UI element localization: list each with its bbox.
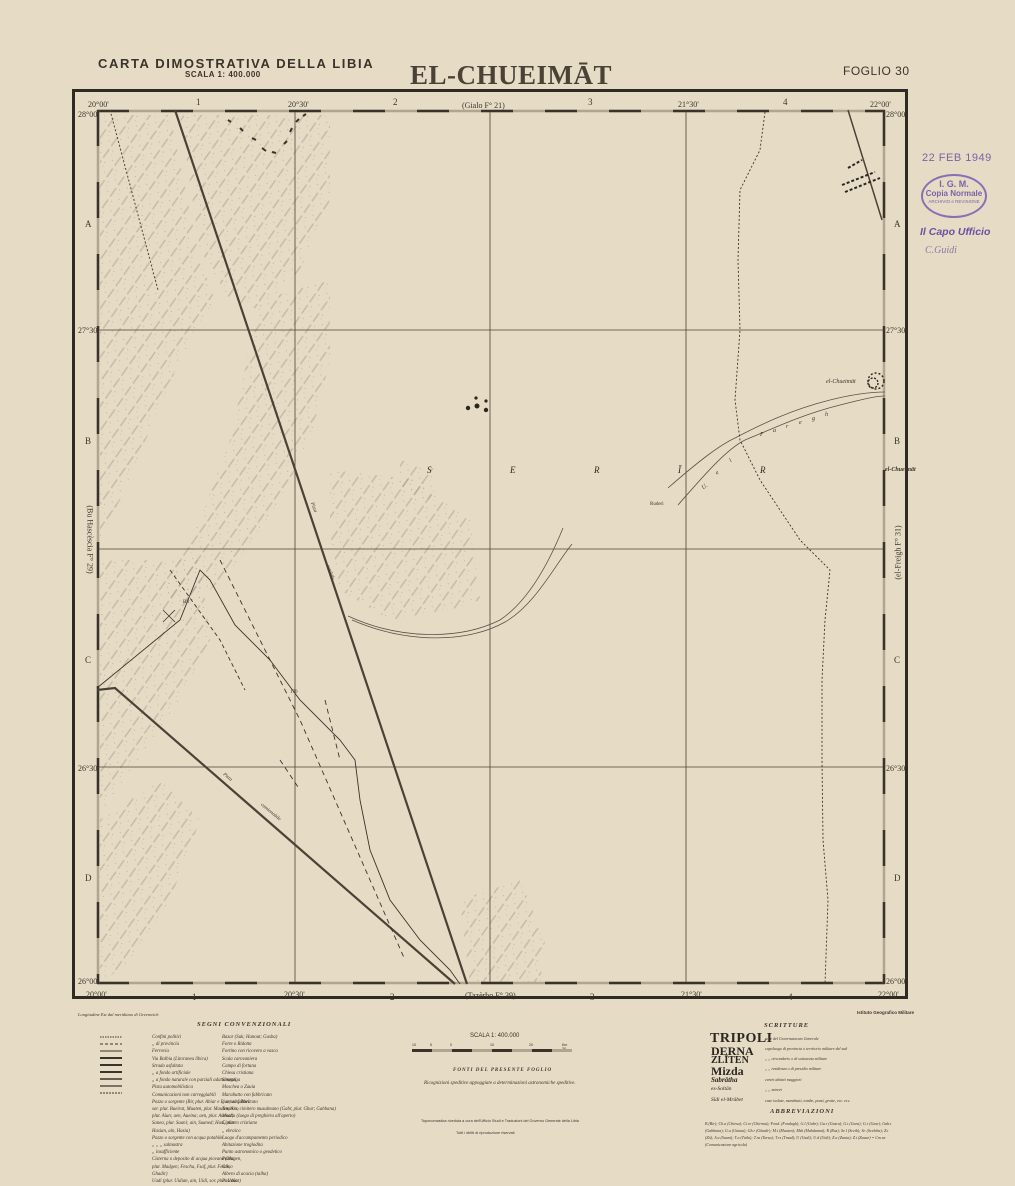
legend-right-column: Bazar (Suk; Hanout; Gasba) Forte o Ridot…: [222, 1034, 336, 1186]
wadi-letter-r: r: [786, 424, 788, 430]
desert-letter-i: Ī: [678, 465, 681, 475]
grid-row-a-left: A: [85, 219, 92, 229]
writing-desc: sede del Governatorato Generale: [765, 1036, 819, 1041]
bottom-tick-20-00: 20°00': [86, 990, 107, 999]
legend-item: Marabutto con fabbricato: [222, 1092, 336, 1099]
legend-item: Msalla (luogo di preghiera all'aperto): [222, 1113, 336, 1120]
oasis-label: el-Chueimāt: [826, 379, 856, 385]
legend-item: Moschea o Zauia: [222, 1084, 336, 1091]
legend-item: „ ebraico: [222, 1128, 336, 1135]
legend-item: Campo di fortuna: [222, 1063, 336, 1070]
ruins-label: Ruderi: [650, 502, 664, 507]
legend-item: Abitazione troglodita: [222, 1142, 336, 1149]
legend-item: Olivo: [222, 1164, 336, 1171]
adjacent-sheet-south: (Tazèrbo F° 39): [465, 991, 516, 1000]
bottom-tick-22-00: 22°00': [878, 990, 899, 999]
abbreviations-text: B (Bir); Ch.a (Chiesa); Ci.re (Chirmat);…: [705, 1120, 895, 1148]
scale-bar-graphic: [412, 1049, 572, 1052]
meridian-note: Longitudine Est dal meridiano di Greenwi…: [78, 1012, 158, 1017]
writing-desc: capoluogo di provincia o territorio mili…: [765, 1046, 847, 1051]
writing-desc: „ „ minori: [765, 1087, 782, 1092]
adjacent-sheet-west: (Bu Hascèscia F° 29): [86, 490, 95, 590]
grid-row-b-left: B: [85, 436, 91, 446]
legend-item: Scala carovaniera: [222, 1056, 336, 1063]
legend-item: Luogo d'accampamento periodico: [222, 1135, 336, 1142]
legend-item: Fortino con ricovero a vasca: [222, 1048, 336, 1055]
wadi-letter-a: a: [773, 428, 776, 434]
grid-col-3-top: 3: [588, 97, 593, 107]
top-tick-20-00: 20°00': [88, 100, 109, 109]
scale-tick: 0: [450, 1043, 452, 1047]
grid-row-c-right: C: [894, 655, 900, 665]
right-tick-27-30: 27°30': [886, 326, 907, 335]
grid-col-4-bottom: 4: [788, 992, 793, 1002]
wadi-letter-h: h: [825, 412, 828, 418]
grid-col-3-bottom: 3: [590, 992, 595, 1002]
grid-col-2-bottom: 2: [390, 992, 395, 1002]
legend-item: Punto astronomico o geodetico: [222, 1149, 336, 1156]
abbreviations-title: ABBREVIAZIONI: [770, 1108, 834, 1115]
legend-item: Palma: [222, 1156, 336, 1163]
writing-sample-sabratha: Sabrātha: [711, 1076, 737, 1084]
legend-item: Bazar (Suk; Hanout; Gasba): [222, 1034, 336, 1041]
grid-row-b-right: B: [894, 436, 900, 446]
top-tick-21-30: 21°30': [678, 100, 699, 109]
legend-item: Pascolo: [222, 1178, 336, 1185]
publisher: Istituto Geografico Militare: [857, 1010, 914, 1015]
writing-sample-mrabet: Sīdi el-Mrābet: [711, 1097, 743, 1103]
desert-letter-r2: R: [760, 465, 766, 475]
scale-tick: 5: [430, 1043, 432, 1047]
legend-item: Forte o Ridotta: [222, 1041, 336, 1048]
legend-item: Cimitero cristiano: [222, 1120, 336, 1127]
top-tick-22-00: 22°00': [870, 100, 891, 109]
bottom-tick-20-30: 20°30': [284, 990, 305, 999]
legend-item: Chiesa cristiana: [222, 1070, 336, 1077]
spot-height-bir: Bir: [183, 600, 189, 605]
sources-title: FONTI DEL PRESENTE FOGLIO: [453, 1068, 552, 1073]
dotted-boundary: [735, 112, 830, 984]
scale-bar: 10 5 0 10 20 Km 30: [412, 1043, 572, 1055]
writings-title: SCRITTURE: [764, 1022, 809, 1029]
legend-title: SEGNI CONVENZIONALI: [197, 1021, 291, 1028]
writing-desc: centri abitati maggiori: [765, 1077, 801, 1082]
ne-hills: [842, 160, 880, 192]
left-tick-27-30: 27°30': [78, 326, 99, 335]
wadi-letter-g: g: [812, 416, 815, 422]
grid-col-1-top: 1: [196, 97, 201, 107]
adjacent-sheet-north: (Gialo F° 21): [462, 101, 505, 110]
scale-tick: 10: [412, 1043, 416, 1047]
right-tick-26-30: 26°30': [886, 764, 907, 773]
legend-item: Sinagoga: [222, 1077, 336, 1084]
grid-row-d-left: D: [85, 873, 92, 883]
wadi-letter-e2: e: [799, 420, 802, 426]
adjacent-sheet-east: (el-Freigh F° 31): [894, 508, 903, 598]
right-tick-28-00: 28°00': [886, 110, 907, 119]
legend-item: Tomba o cimitero musulmano (Gabr, plur. …: [222, 1106, 336, 1113]
map-graphics: [0, 0, 1015, 1186]
east-edge-label: el-Chueimāt: [885, 467, 916, 473]
scale-tick: 20: [529, 1043, 533, 1047]
left-tick-26-00: 26°00': [78, 977, 99, 986]
left-tick-26-30: 26°30': [78, 764, 99, 773]
writing-desc: case isolate, marabutti, tombe, pozzi, g…: [765, 1098, 851, 1103]
wadi-letter-f: F: [760, 432, 764, 438]
hill-group: [466, 396, 488, 412]
grid-col-4-top: 4: [783, 97, 788, 107]
writing-desc: „ „ residenza o di presidio militare: [765, 1066, 821, 1071]
grid-col-2-top: 2: [393, 97, 398, 107]
oasis-symbol: [868, 373, 884, 389]
legend-item: Albero di acacia (talha): [222, 1171, 336, 1178]
toponymy-note: Toponomastica riveduta a cura dell'Uffic…: [421, 1119, 579, 1123]
wadi-fareg: [668, 392, 885, 505]
legend-symbols-left: [100, 1034, 130, 1186]
desert-letter-e: E: [510, 465, 516, 475]
scale-bar-title: SCALA 1: 400.000: [470, 1033, 519, 1039]
grid-row-d-right: D: [894, 873, 901, 883]
scale-tick: 10: [490, 1043, 494, 1047]
desert-letter-r: R: [594, 465, 600, 475]
top-tick-20-30: 20°30': [288, 100, 309, 109]
rights-note: Tutti i diritti di riproduzione riservat…: [456, 1131, 515, 1135]
writing-sample-soltan: es-Soltān: [711, 1086, 731, 1092]
bottom-tick-21-30: 21°30': [681, 990, 702, 999]
grid-row-c-left: C: [85, 655, 91, 665]
desert-letter-s: S: [427, 465, 432, 475]
spot-height-170: 170: [290, 690, 298, 695]
writing-desc: „ „ circondario o di sottozona militare: [765, 1056, 827, 1061]
grid-col-1-bottom: 1: [192, 992, 197, 1002]
sources-text: Ricognizioni speditive appoggiate a dete…: [424, 1081, 576, 1086]
legend-item: „ senza fabbricato: [222, 1099, 336, 1106]
right-tick-26-00: 26°00': [886, 977, 907, 986]
grid-row-a-right: A: [894, 219, 901, 229]
left-tick-28-00: 28°00': [78, 110, 99, 119]
